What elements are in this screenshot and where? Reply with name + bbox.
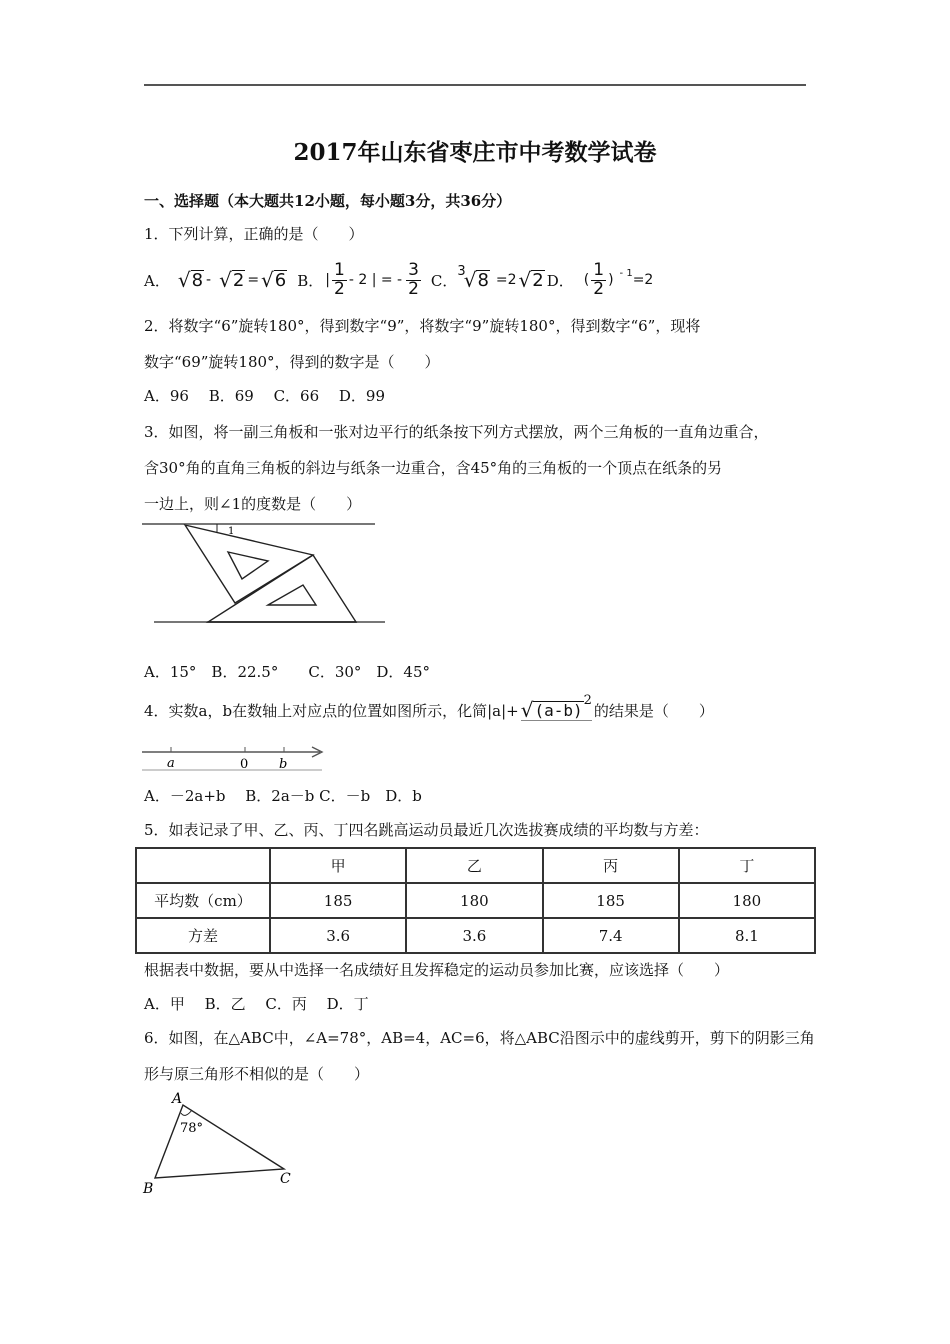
question-5-follow-up: 根据表中数据，要从中选择一名成绩好且发挥稳定的运动员参加比赛，应该选择（ ） bbox=[144, 959, 729, 980]
question-5-stem: 5．如表记录了甲、乙、丙、丁四名跳高运动员最近几次选拔赛成绩的平均数与方差： bbox=[144, 819, 709, 840]
question-4-options: A．－2a+b B．2a－b C．－b D．b bbox=[144, 785, 422, 806]
question-2-stem-line2: 数字“69”旋转180°，得到的数字是（ ） bbox=[144, 351, 440, 372]
question-2-options: A．96 B．69 C．66 D．99 bbox=[144, 385, 385, 406]
svg-text:A: A bbox=[170, 1091, 182, 1107]
scores-table: 甲 乙 丙 丁 平均数（cm） 185 180 185 180 方差 3.6 3… bbox=[135, 847, 816, 954]
option-d-expression: ( 12 ) - 1 =2 bbox=[584, 262, 654, 299]
question-4-stem-suffix: 的结果是（ ） bbox=[594, 700, 714, 721]
question-1-options: A． √8 - √2 = √6 B． | 12 - 2 | = - 32 C． … bbox=[144, 262, 653, 298]
question-6-stem-line1: 6．如图，在△ABC中，∠A=78°，AB=4，AC=6，将△ABC沿图示中的虚… bbox=[144, 1027, 815, 1048]
svg-text:0: 0 bbox=[240, 757, 248, 772]
sqrt-expression: √(a-b) 2 bbox=[521, 700, 592, 721]
table-row: 平均数（cm） 185 180 185 180 bbox=[136, 883, 815, 918]
question-1-stem: 1．下列计算，正确的是（ ） bbox=[144, 223, 364, 244]
triangle-rulers-figure: 1 bbox=[140, 515, 400, 635]
table-row: 方差 3.6 3.6 7.4 8.1 bbox=[136, 918, 815, 953]
question-5-options: A．甲 B．乙 C．丙 D．丁 bbox=[144, 993, 369, 1014]
header-rule bbox=[144, 84, 806, 86]
question-3-options: A．15° B．22.5° C．30° D．45° bbox=[144, 661, 430, 682]
option-d-label: D． bbox=[547, 270, 574, 291]
angle-1-label: 1 bbox=[228, 526, 234, 537]
option-c-expression: 3 √8 =2 √2 bbox=[457, 270, 546, 291]
svg-text:b: b bbox=[279, 757, 287, 772]
option-a-label: A． bbox=[144, 270, 170, 291]
svg-text:C: C bbox=[280, 1171, 291, 1187]
page-title: 2017年山东省枣庄市中考数学试卷 bbox=[0, 134, 950, 167]
svg-text:a: a bbox=[167, 756, 175, 771]
question-2-stem-line1: 2．将数字“6”旋转180°，得到数字“9”，将数字“9”旋转180°，得到数字… bbox=[144, 315, 700, 336]
table-header-row: 甲 乙 丙 丁 bbox=[136, 848, 815, 883]
svg-text:78°: 78° bbox=[180, 1121, 203, 1136]
triangle-abc-figure: A B C 78° bbox=[140, 1085, 340, 1205]
question-6-stem-line2: 形与原三角形不相似的是（ ） bbox=[144, 1063, 369, 1084]
option-b-label: B． bbox=[297, 270, 323, 291]
question-4-stem-text: 4．实数a，b在数轴上对应点的位置如图所示，化简|a|+ bbox=[144, 700, 519, 721]
question-4-stem: 4．实数a，b在数轴上对应点的位置如图所示，化简|a|+ √(a-b) 2 的结… bbox=[144, 700, 714, 721]
number-line-figure: a 0 b bbox=[140, 740, 340, 775]
option-c-label: C． bbox=[431, 270, 457, 291]
section-heading: 一、选择题（本大题共12小题，每小题3分，共36分） bbox=[144, 190, 511, 211]
question-3-stem-line1: 3．如图，将一副三角板和一张对边平行的纸条按下列方式摆放，两个三角板的一直角边重… bbox=[144, 421, 769, 442]
svg-text:B: B bbox=[142, 1181, 153, 1197]
option-a-expression: √8 - √2 = √6 bbox=[176, 270, 289, 291]
question-3-stem-line3: 一边上，则∠1的度数是（ ） bbox=[144, 493, 361, 514]
question-3-stem-line2: 含30°角的直角三角板的斜边与纸条一边重合，含45°角的三角板的一个顶点在纸条的… bbox=[144, 457, 722, 478]
option-b-expression: | 12 - 2 | = - 32 bbox=[325, 262, 423, 299]
